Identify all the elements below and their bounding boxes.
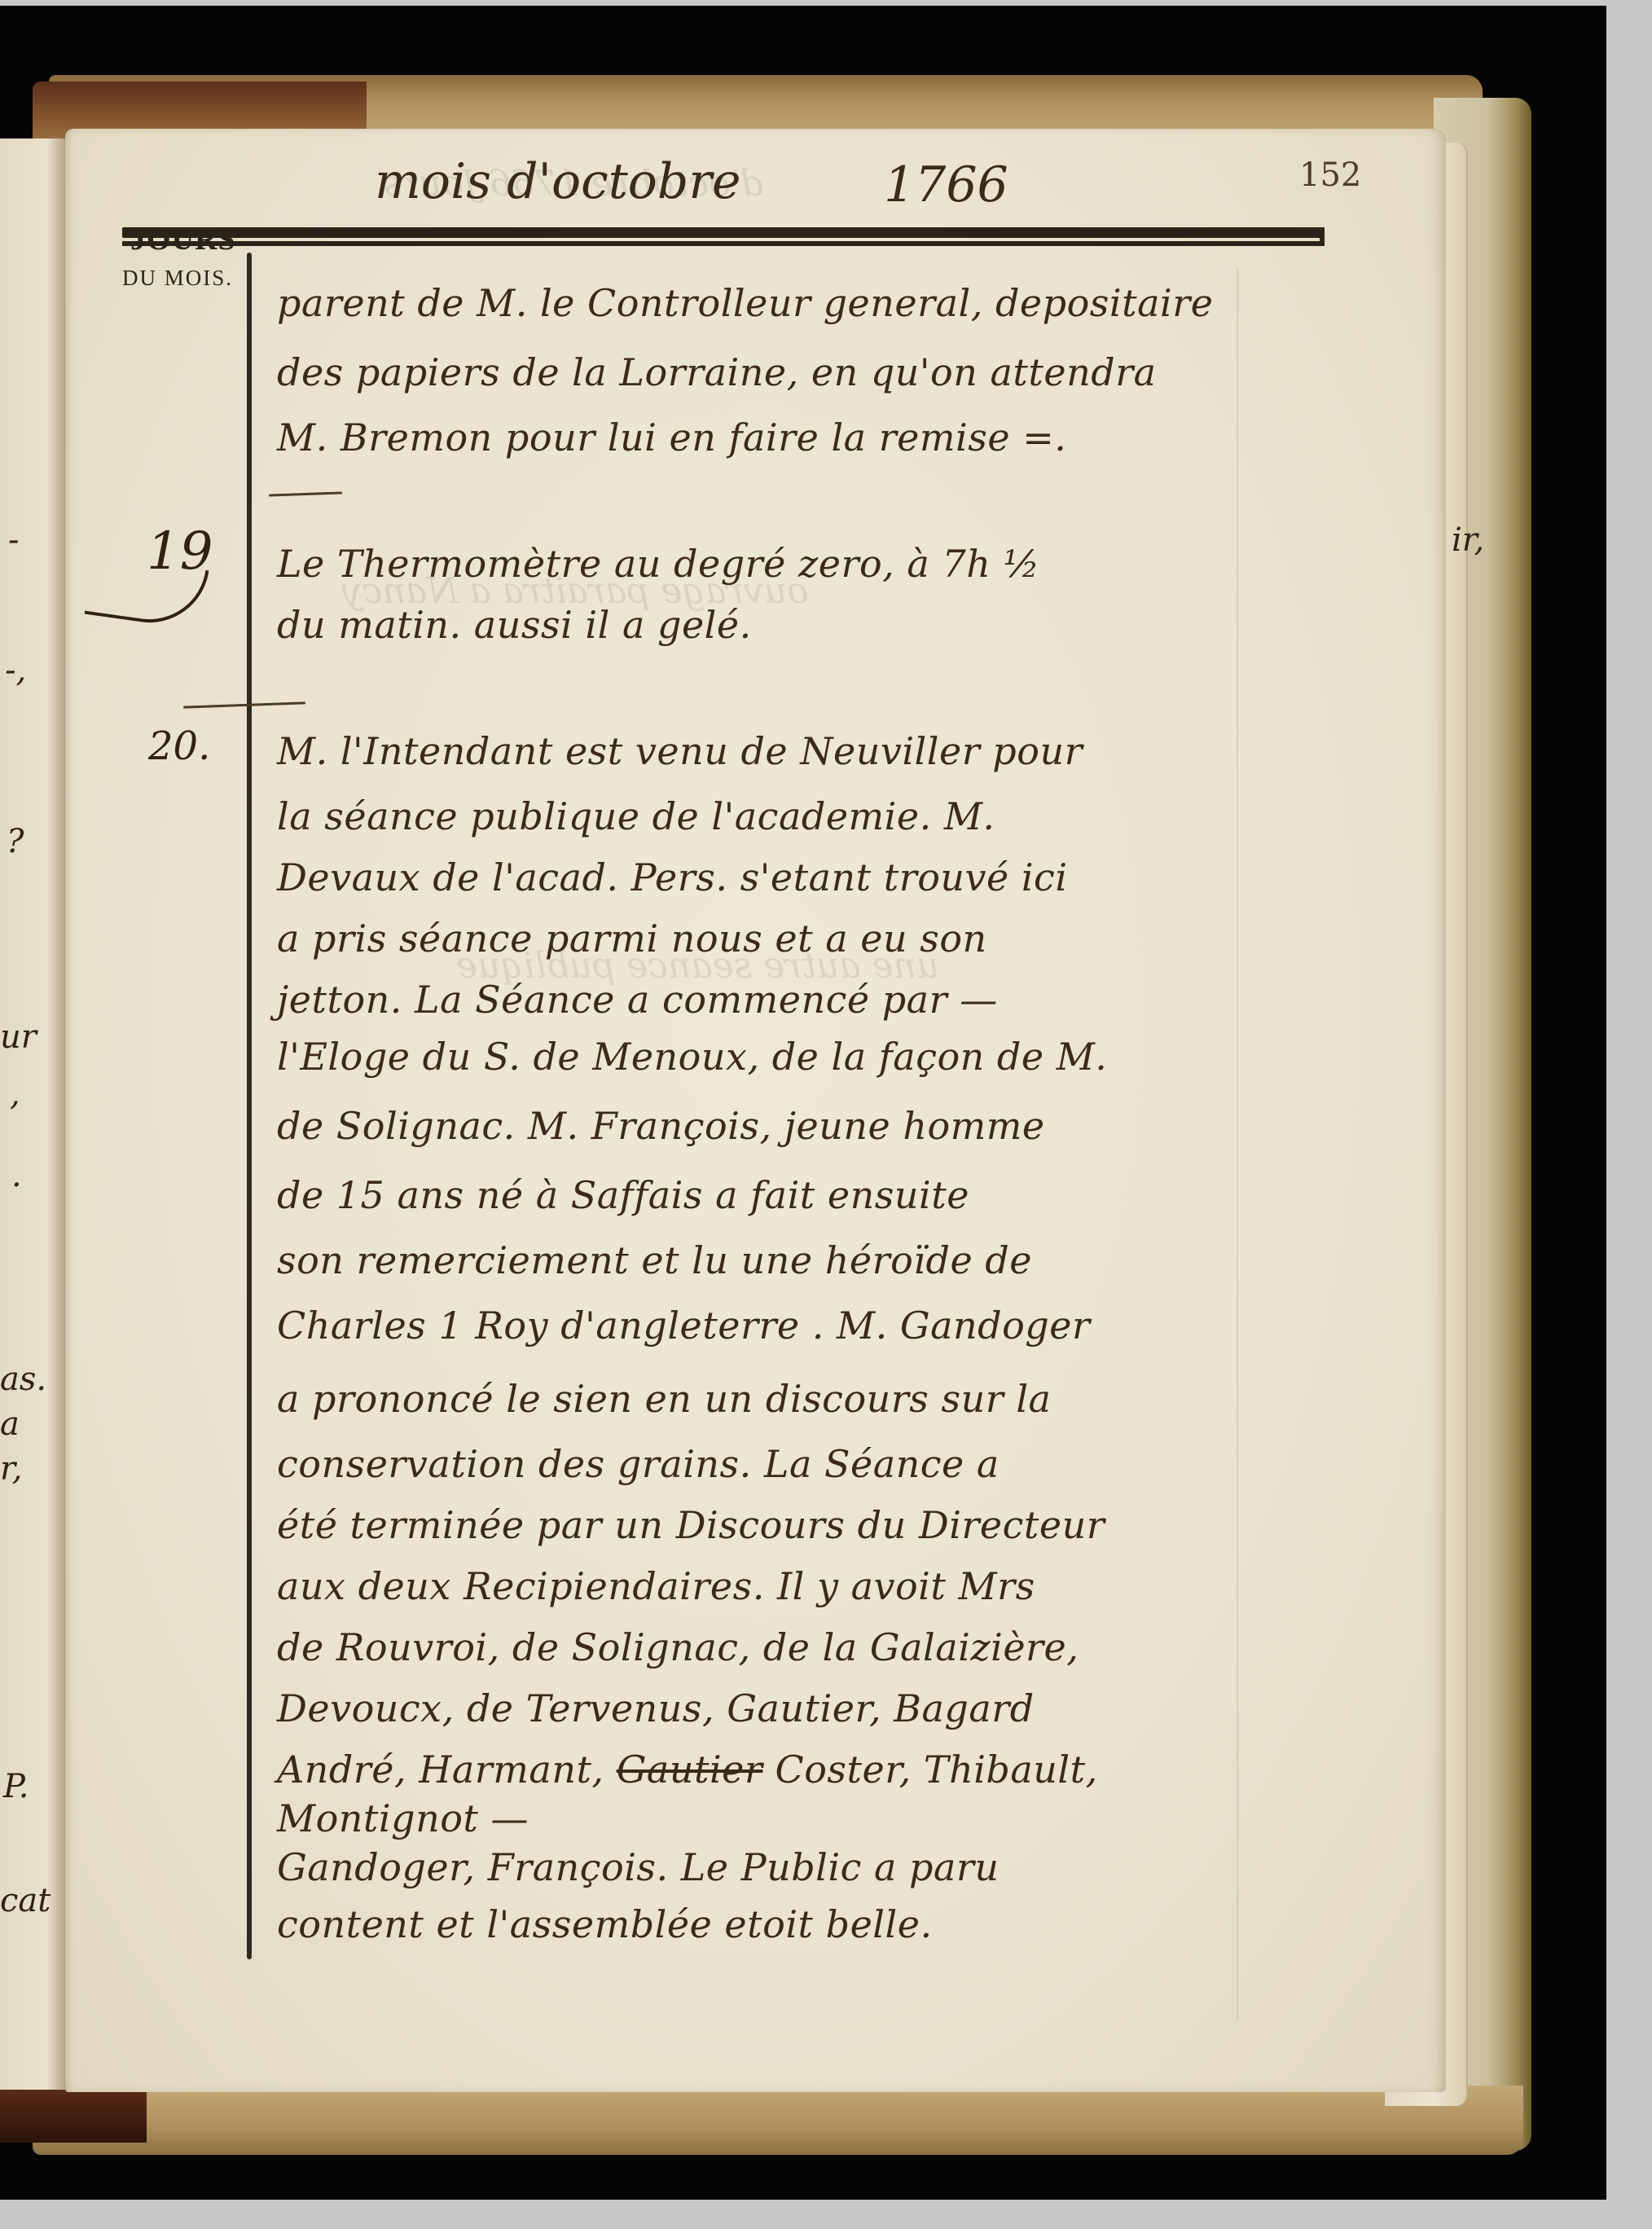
header-rule-end-cap (1320, 227, 1325, 246)
text-line: de Rouvroi, de Solignac, de la Galaizièr… (277, 1625, 1079, 1669)
facing-page-fragment: P. (3, 1768, 29, 1805)
text-line: jetton. La Séance a commencé par — (277, 978, 998, 1022)
facing-page-fragment: as. (0, 1361, 46, 1398)
text-line: a prononcé le sien en un discours sur la (277, 1377, 1051, 1421)
book-cover-bottom-edge (33, 2086, 1523, 2155)
text-line: de Solignac. M. François, jeune homme (277, 1104, 1045, 1148)
text-line-with-correction: André, Harmant, Gautier Coster, Thibault… (277, 1748, 1098, 1792)
faint-ruling-line (1237, 269, 1238, 2020)
facing-page: - -, ? ur , . as. a r, P. cat (0, 138, 67, 2090)
text-line: Montignot — (277, 1796, 529, 1840)
header-double-rule-bottom (122, 241, 1325, 246)
text-line: Devaux de l'acad. Pers. s'etant trouvé i… (277, 855, 1068, 899)
text-line: parent de M. le Controlleur general, dep… (277, 281, 1213, 325)
text-line: des papiers de la Lorraine, en qu'on att… (277, 350, 1157, 394)
text-line: été terminée par un Discours du Directeu… (277, 1503, 1105, 1547)
facing-page-fragment: a (0, 1405, 20, 1443)
text-line: la séance publique de l'academie. M. (277, 794, 995, 838)
text-line: content et l'assemblée etoit belle. (277, 1902, 933, 1946)
year: 1766 (884, 156, 1008, 213)
struck-through-word: Gautier (617, 1748, 763, 1792)
text-line: de 15 ans né à Saffais a fait ensuite (277, 1173, 969, 1217)
printed-label-du-mois: DU MOIS. (122, 266, 233, 291)
text-line: Le Thermomètre au degré zero, à 7h ½ (277, 542, 1040, 586)
month-title: mois d'octobre (375, 153, 741, 210)
facing-page-fragment: ? (7, 823, 24, 860)
text-line: aux deux Recipiendaires. Il y avoit Mrs (277, 1564, 1035, 1608)
day-column-rule (247, 253, 252, 1959)
text-line: l'Eloge du S. de Menoux, de la façon de … (277, 1035, 1107, 1079)
text-line: M. l'Intendant est venu de Neuviller pou… (277, 729, 1083, 773)
text-line: Charles 1 Roy d'angleterre . M. Gandoger (277, 1304, 1090, 1348)
facing-page-fragment: , (10, 1075, 20, 1113)
text-line: son remerciement et lu une héroïde de (277, 1238, 1032, 1282)
text-line: Gandoger, François. Le Public a paru (277, 1845, 1000, 1889)
text-line: du matin. aussi il a gelé. (277, 603, 752, 647)
facing-page-fragment: -, (5, 652, 26, 689)
text-line: a pris séance parmi nous et a eu son (277, 917, 987, 961)
facing-page-fragment: - (8, 521, 20, 559)
text-line: Devoucx, de Tervenus, Gautier, Bagard (277, 1686, 1035, 1730)
right-margin-fragment: ir, (1452, 521, 1484, 559)
text-segment: Coster, Thibault, (762, 1748, 1097, 1792)
facing-page-fragment: . (11, 1157, 22, 1194)
text-line: M. Bremon pour lui en faire la remise =. (277, 415, 1066, 459)
day-number-20: 20. (148, 723, 210, 769)
book-cover-bottom-left-leather (0, 2086, 147, 2143)
header-double-rule-top (122, 227, 1325, 238)
facing-page-fragment: r, (0, 1450, 22, 1488)
facing-page-fragment: cat (0, 1882, 51, 1919)
text-line: conservation des grains. La Séance a (277, 1442, 1000, 1486)
text-segment: André, Harmant, (277, 1748, 604, 1792)
facing-page-fragment: ur (0, 1018, 37, 1056)
folio-number: 152 (1299, 156, 1361, 194)
